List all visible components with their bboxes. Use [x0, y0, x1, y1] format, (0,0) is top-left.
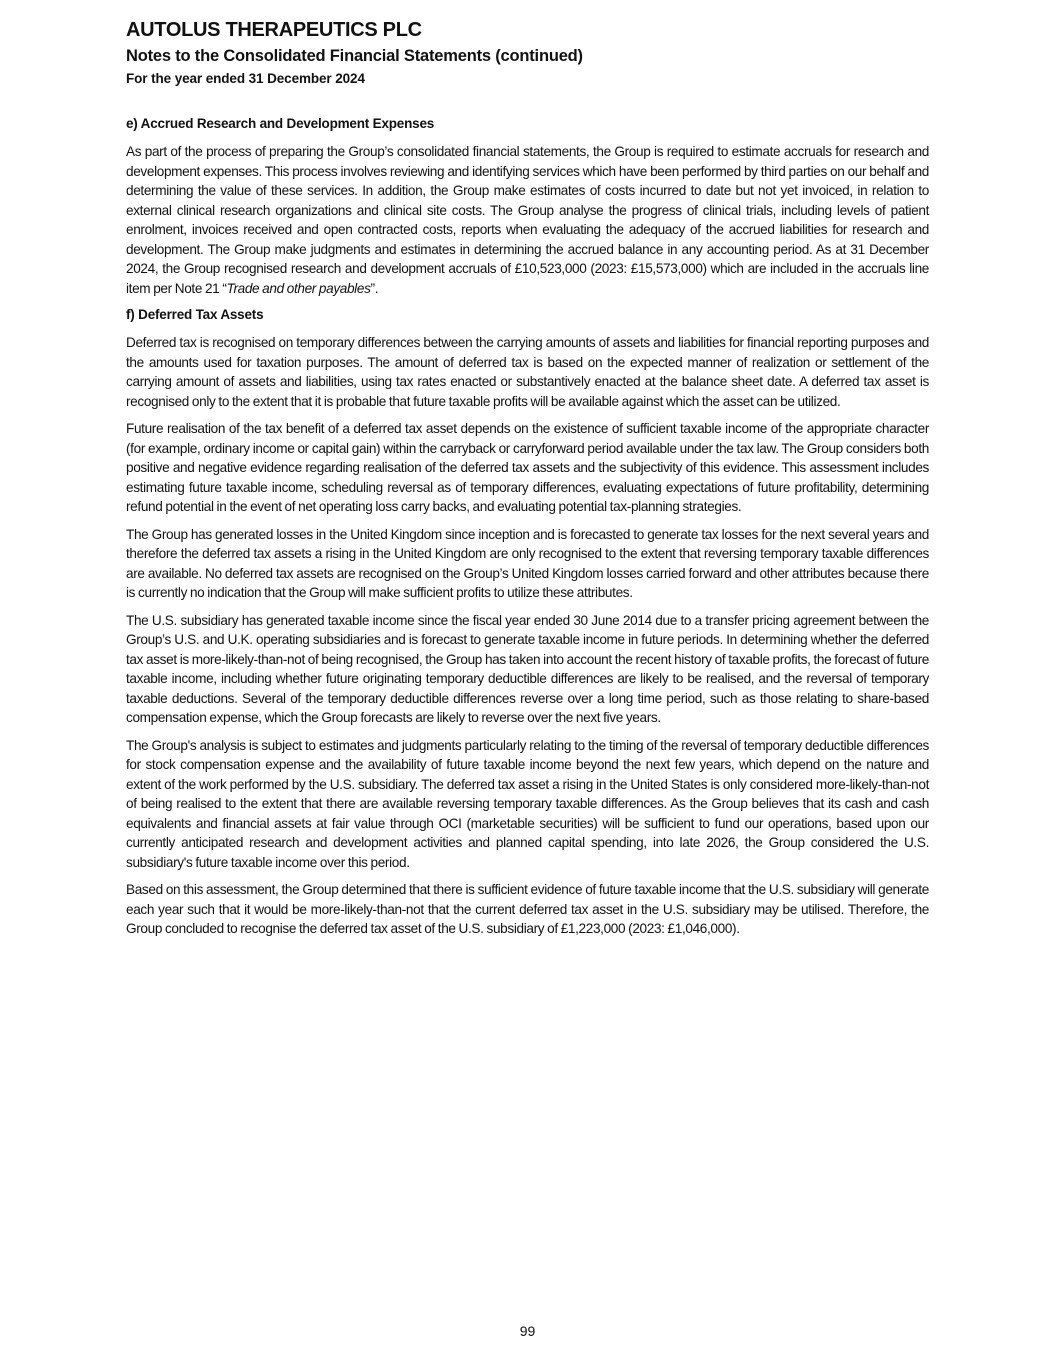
reporting-period: For the year ended 31 December 2024 [126, 71, 365, 86]
document-title: Notes to the Consolidated Financial Stat… [126, 47, 583, 66]
paragraph: The U.S. subsidiary has generated taxabl… [126, 611, 929, 728]
section-heading: e) Accrued Research and Development Expe… [126, 115, 929, 133]
page-number: 99 [0, 1323, 1055, 1339]
paragraph: Future realisation of the tax benefit of… [126, 419, 929, 517]
paragraph: The Group's analysis is subject to estim… [126, 736, 929, 873]
section-heading: f) Deferred Tax Assets [126, 306, 929, 324]
section-accrued-rd-expenses: e) Accrued Research and Development Expe… [126, 115, 929, 298]
paragraph: Based on this assessment, the Group dete… [126, 880, 929, 939]
company-name: AUTOLUS THERAPEUTICS PLC [126, 19, 422, 42]
paragraph-text: As part of the process of preparing the … [126, 144, 929, 296]
paragraph: Deferred tax is recognised on temporary … [126, 333, 929, 411]
paragraph: The Group has generated losses in the Un… [126, 525, 929, 603]
paragraph: As part of the process of preparing the … [126, 142, 929, 298]
paragraph-text: ”. [371, 281, 379, 296]
note-reference-title: Trade and other payables [227, 281, 371, 296]
document-body: e) Accrued Research and Development Expe… [126, 115, 929, 947]
section-deferred-tax-assets: f) Deferred Tax Assets Deferred tax is r… [126, 306, 929, 939]
